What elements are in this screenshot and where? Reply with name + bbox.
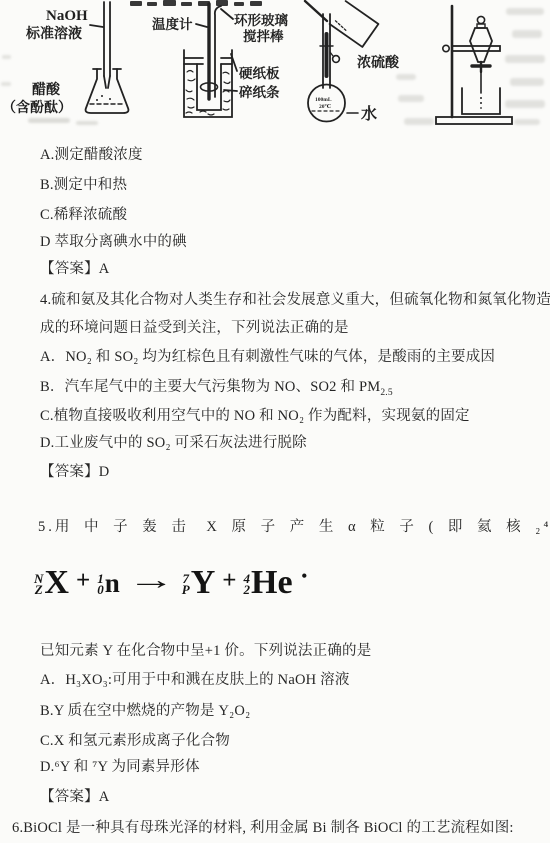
q6-stem: 6.BiOCl 是一种具有母珠光泽的材料, 利用金属 Bi 制各 BiOCl 的… [12,818,514,838]
label-conc-sulfuric-acid: 浓硫酸 [357,54,400,71]
nuclide-neutron: 10 n [97,567,120,599]
titration-diagram [86,2,129,113]
label-water: 水 [361,105,377,123]
q4-stem-line2: 成的环境问题日益受到关注，下列说法正确的是 [40,318,349,338]
q4-stem-line1: 4.硫和氨及其化合物对人类生存和社会发展意义重大，但硫氧化物和氮氧化物造 [40,290,550,310]
q4-option-b-text: B．汽车尾气中的主要大气污集物为 NO、SO2 和 PM [40,379,380,395]
apparatus-figure-band: NaOH 标准溶液 醋酸 （含酚酞） 温度计 环形玻璃 搅拌棒 硬纸板 碎纸条 … [0,0,550,140]
q3-option-a: A.测定醋酸浓度 [40,145,143,165]
separating-funnel-diagram [436,6,512,124]
label-acetic-acid: 醋酸 [32,81,61,98]
q3-answer: 【答案】A [40,259,109,279]
q3-option-b: B.测定中和热 [40,175,127,195]
q4-option-b-subscript: 2.5 [380,388,392,398]
nuclide-x: NZ X [34,567,69,599]
apparatus-diagrams-svg: NaOH 标准溶液 醋酸 （含酚酞） 温度计 环形玻璃 搅拌棒 硬纸板 碎纸条 … [0,0,550,140]
q5-option-a: A．H₃XO₃:可用于中和溅在皮肤上的 NaOH 溶液 [40,670,350,690]
q4-option-a: A．NO₂ 和 SO₂ 均为红棕色且有刺激性气味的气体，是酸雨的主要成因 [40,347,495,367]
label-flask-temp: 20℃ [319,103,332,110]
label-phenolphthalein: （含酚酞） [2,99,72,116]
q5-stem: 5.用 中 子 轰 击 X 原 子 产 生 α 粒 子 ( 即 氦 核 ₂⁴He… [38,517,550,537]
label-thermometer: 温度计 [152,16,193,32]
exam-document: NaOH 标准溶液 醋酸 （含酚酞） 温度计 环形玻璃 搅拌棒 硬纸板 碎纸条 … [0,0,550,843]
q4-option-c: C.植物直接吸收利用空气中的 NO 和 NO₂ 作为配料，实现氨的固定 [40,406,470,426]
nuclide-helium: 42 He [244,567,293,599]
q5-answer: 【答案】A [40,787,109,807]
q4-option-d: D.工业废气中的 SO₂ 可采石灰法进行脱除 [40,433,307,453]
label-standard-solution: 标准溶液 [25,25,82,42]
q3-option-c: C.稀释浓硫酸 [40,205,127,225]
label-flask-volume: 100mL [315,97,332,103]
q5-option-b: B.Y 质在空中燃烧的产物是 Y₂O₂ [40,701,250,721]
q5-known: 已知元素 Y 在化合物中呈+1 价。下列说法正确的是 [40,641,371,661]
q4-option-b: B．汽车尾气中的主要大气污集物为 NO、SO2 和 PM2.5 [40,377,393,403]
nuclear-equation: NZ X + 10 n → 7P Y + 42 He • [34,567,307,599]
label-shredded-paper: 碎纸条 [238,84,280,100]
plus-sign-2: + [222,567,236,595]
q4-answer: 【答案】D [40,462,109,482]
equation-end-dot: • [302,568,308,586]
label-cardboard: 硬纸板 [239,65,280,81]
label-ring-stirrer-1: 环形玻璃 [234,12,288,28]
reaction-arrow: → [127,565,175,597]
q5-option-c: C.X 和氢元素形成离子化合物 [40,731,230,751]
q5-option-d: D.⁶Y 和 ⁷Y 为同素异形体 [40,757,200,777]
label-naoh: NaOH [46,8,88,24]
plus-sign: + [76,567,90,595]
label-ring-stirrer-2: 搅拌棒 [243,28,284,44]
nuclide-y: 7P Y [182,567,216,599]
q3-option-d: D 萃取分离碘水中的碘 [40,232,187,252]
